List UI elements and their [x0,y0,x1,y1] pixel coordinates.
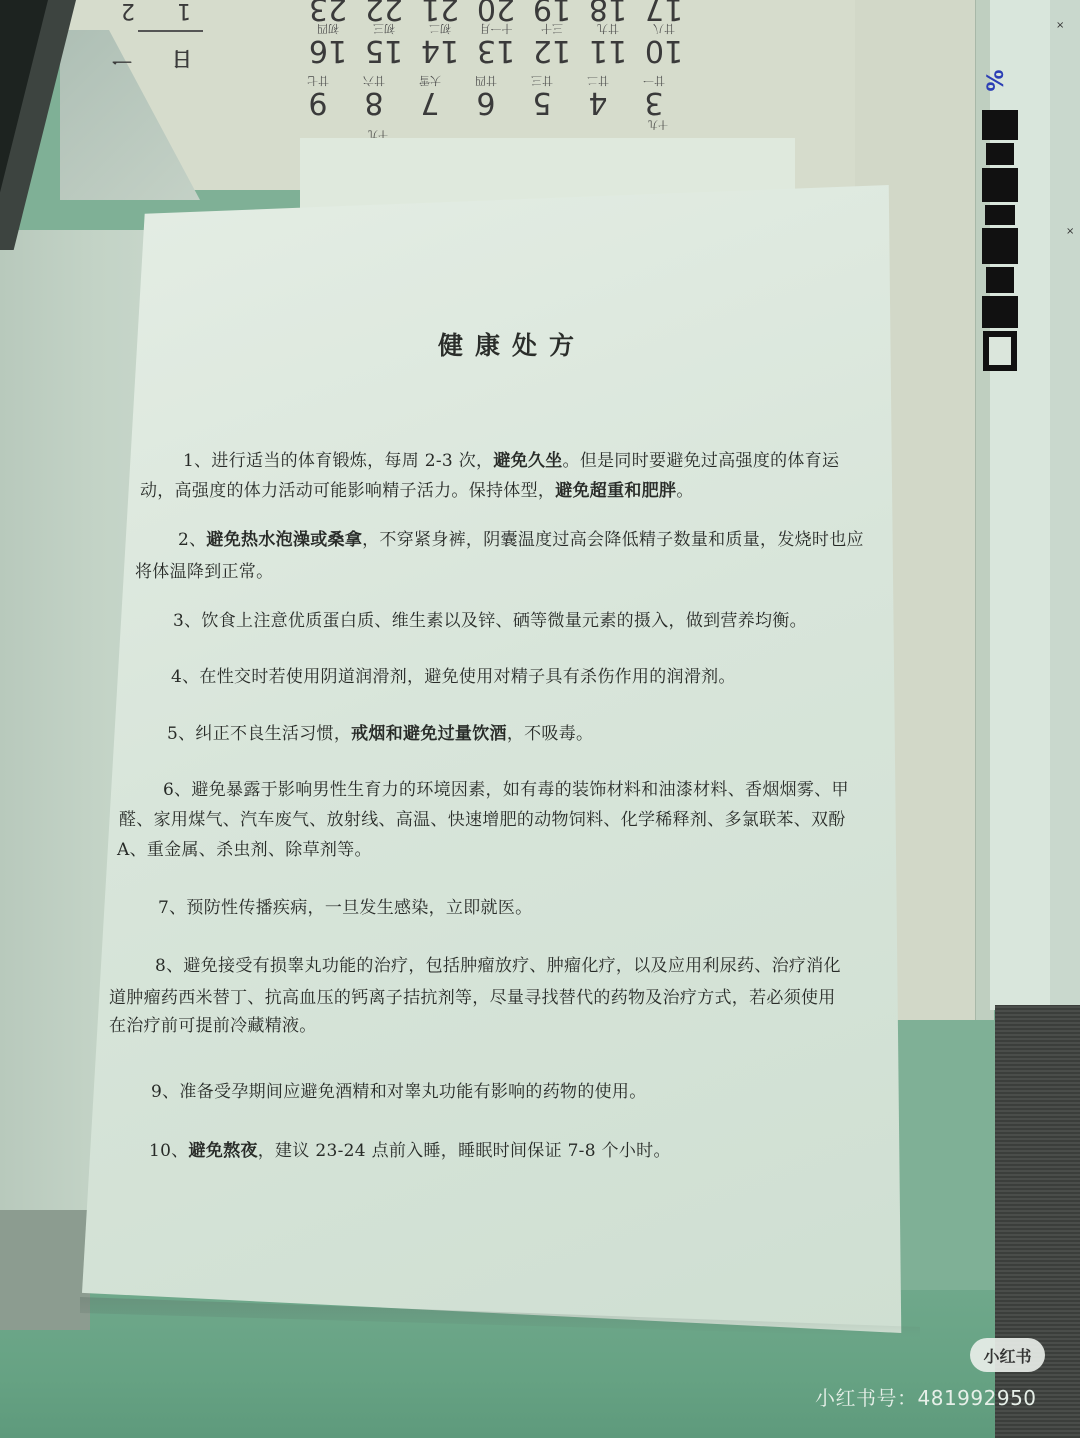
barcode-icon [975,110,1025,380]
calendar-date: 3 [626,86,682,118]
calendar-date: 23 [300,0,356,24]
item-text: 准备受孕期间应避免酒精和对睾丸功能有影响的药物的使用。 [179,1082,646,1102]
prescription-item-10: 10、避免熬夜，建议 23-24 点前入睡，睡眠时间保证 7-8 个小时。 [149,1136,671,1166]
calendar-date: 4 [570,86,626,118]
item-text: 预防性传播疾病，一旦发生感染，立即就医。 [186,898,532,918]
blue-logo-icon: % [981,69,1006,91]
prescription-item-7: 7、预防性传播疾病，一旦发生感染，立即就医。 [158,893,532,923]
prescription-item-9: 9、准备受孕期间应避免酒精和对睾丸功能有影响的药物的使用。 [151,1077,647,1107]
calendar-lunar: 廿七 [290,74,346,86]
item-number: 8、 [155,956,183,976]
item-text: 。 [676,481,693,501]
shadow-block-left [0,1210,90,1330]
calendar-weekday: 日 [172,46,192,75]
item-text: 动，高强度的体力活动可能影响精子活力。保持体型， [140,481,555,501]
item-number: 9、 [151,1082,179,1102]
item-text: ，建议 23-24 点前入睡，睡眠时间保证 7-8 个小时。 [258,1141,671,1161]
calendar-date: 12 [524,34,580,66]
prescription-item-2-line-1: 2、避免热水泡澡或桑拿，不穿紧身裤，阴囊温度过高会降低精子数量和质量，发烧时也应 [178,525,864,555]
xiaohongshu-id-watermark: 小红书号：481992950 [815,1382,1037,1411]
prescription-item-8-line-2: 道肿瘤药西米替丁、抗高血压的钙离子拮抗剂等，尽量寻找替代的药物及治疗方式，若必须… [109,983,836,1013]
item-text: 避免接受有损睾丸功能的治疗，包括肿瘤放疗、肿瘤化疗，以及应用利尿药、治疗消化 [183,956,840,976]
calendar-date: 20 [468,0,524,24]
item-text-bold: 避免熬夜 [189,1141,258,1161]
calendar-date: 10 [636,34,692,66]
close-mark-icon: × [1056,20,1064,31]
calendar-row-top-left: 1 2 [100,0,212,26]
item-number: 7、 [158,898,186,918]
item-text: 在治疗前可提前冷藏精液。 [109,1016,317,1036]
item-number: 4、 [171,667,199,687]
item-number: 1、 [183,451,211,471]
item-text: A、重金属、杀虫剂、除草剂等。 [117,840,372,860]
calendar-date: 22 [356,0,412,24]
item-text: 将体温降到正常。 [135,562,273,582]
item-text: 避免暴露于影响男性生育力的环境因素，如有毒的装饰材料和油漆材料、香烟烟雾、甲 [191,780,848,800]
item-number: 10、 [149,1141,189,1161]
item-text-bold: 戒烟和避免过量饮酒 [351,724,507,744]
calendar-date: 2 [100,0,156,26]
prescription-item-3: 3、饮食上注意优质蛋白质、维生素以及锌、硒等微量元素的摄入，做到营养均衡。 [173,606,807,636]
prescription-item-6-line-3: A、重金属、杀虫剂、除草剂等。 [117,835,372,865]
item-text: 道肿瘤药西米替丁、抗高血压的钙离子拮抗剂等，尽量寻找替代的药物及治疗方式，若必须… [109,988,836,1008]
document-title: 健康处方 [438,326,586,362]
calendar-row-mid: 10廿八 11廿九 12三十 13十一月 14初二 15初三 16初四 [300,22,692,66]
calendar-date: 19 [524,0,580,24]
calendar-date: 9 [290,86,346,118]
prescription-item-1-line-1: 1、进行适当的体育锻炼，每周 2-3 次，避免久坐。但是同时要避免过高强度的体育… [183,446,839,476]
calendar-date: 14 [412,34,468,66]
calendar-lunar: 廿六 [346,74,402,86]
calendar-lunar-footer: 十九 [648,118,668,133]
calendar-date: 7 [402,86,458,118]
calendar-date: 1 [156,0,212,26]
item-text: 饮食上注意优质蛋白质、维生素以及锌、硒等微量元素的摄入，做到营养均衡。 [201,611,807,631]
calendar-lunar: 廿一 [626,74,682,86]
close-mark-icon: × [1066,226,1074,237]
calendar-lunar: 廿三 [514,74,570,86]
item-number: 6、 [163,780,191,800]
right-card-strip [1050,0,1080,1010]
item-text: ，不穿紧身裤，阴囊温度过高会降低精子数量和质量，发烧时也应 [362,530,864,550]
calendar-lunar: 廿二 [570,74,626,86]
prescription-item-8-line-1: 8、避免接受有损睾丸功能的治疗，包括肿瘤放疗、肿瘤化疗，以及应用利尿药、治疗消化 [155,951,841,981]
prescription-item-6-line-2: 醛、家用煤气、汽车废气、放射线、高温、快速增肥的动物饲料、化学稀释剂、多氯联苯、… [119,805,846,835]
calendar-date: 18 [580,0,636,24]
item-text: 纠正不良生活习惯， [195,724,351,744]
item-text: ，不吸毒。 [507,724,594,744]
calendar-date: 16 [300,34,356,66]
calendar-lunar: 大雪 [402,74,458,86]
item-text-bold: 避免热水泡澡或桑拿 [206,530,362,550]
prescription-item-2-line-2: 将体温降到正常。 [135,557,273,587]
item-number: 3、 [173,611,201,631]
calendar-row-top: 17 18 19 20 21 22 23 [300,0,692,24]
carpet [995,1005,1080,1438]
calendar-weekday: 一 [112,48,132,77]
calendar-date: 13 [468,34,524,66]
item-text-bold: 避免超重和肥胖 [555,481,676,501]
calendar-row-bottom: 3廿一 4廿二 5廿三 6廿四 7大雪 8廿六 9廿七 [290,74,682,118]
calendar-date: 5 [514,86,570,118]
item-text-bold: 避免久坐 [493,451,562,471]
xiaohongshu-logo-badge: 小红书 [970,1338,1045,1372]
calendar-date: 21 [412,0,468,24]
calendar-date: 15 [356,34,412,66]
prescription-item-8-line-3: 在治疗前可提前冷藏精液。 [109,1011,317,1041]
calendar-date: 8 [346,86,402,118]
calendar-date: 11 [580,34,636,66]
prescription-item-1-line-2: 动，高强度的体力活动可能影响精子活力。保持体型，避免超重和肥胖。 [140,476,694,506]
item-text: 进行适当的体育锻炼，每周 2-3 次， [211,451,493,471]
prescription-item-4: 4、在性交时若使用阴道润滑剂，避免使用对精子具有杀伤作用的润滑剂。 [171,662,736,692]
item-text: 在性交时若使用阴道润滑剂，避免使用对精子具有杀伤作用的润滑剂。 [199,667,735,687]
calendar-divider [138,30,203,32]
prescription-item-5: 5、纠正不良生活习惯，戒烟和避免过量饮酒，不吸毒。 [167,719,593,749]
item-number: 5、 [167,724,195,744]
item-text: 。但是同时要避免过高强度的体育运 [563,451,840,471]
calendar-date: 17 [636,0,692,24]
calendar-date: 6 [458,86,514,118]
prescription-item-6-line-1: 6、避免暴露于影响男性生育力的环境因素，如有毒的装饰材料和油漆材料、香烟烟雾、甲 [163,775,849,805]
item-text: 醛、家用煤气、汽车废气、放射线、高温、快速增肥的动物饲料、化学稀释剂、多氯联苯、… [119,810,846,830]
item-number: 2、 [178,530,206,550]
calendar-lunar: 廿四 [458,74,514,86]
